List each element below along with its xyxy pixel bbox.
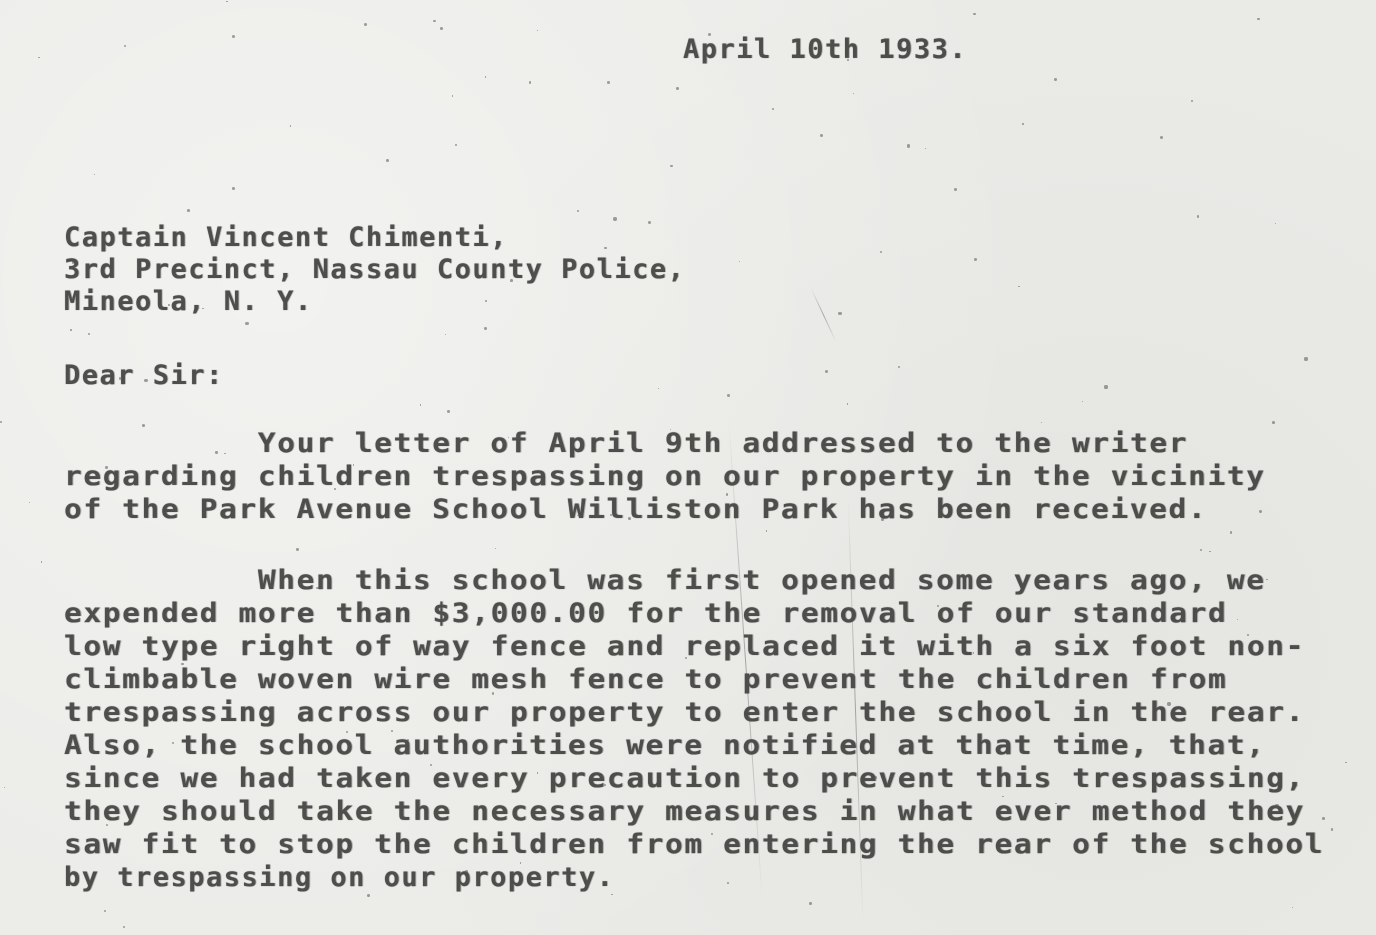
speck [628,517,631,520]
speck [648,221,651,224]
speck [144,379,147,382]
speck [1054,78,1057,81]
paragraph-line: regarding children trespassing on our pr… [64,461,1266,492]
speck [825,370,828,373]
speck [485,300,487,302]
speck [1272,421,1275,424]
speck [727,394,730,397]
speck [420,404,421,405]
speck [485,76,486,77]
speck [364,23,367,26]
speck [907,144,910,147]
paragraph-line: Also, the school authorities were notifi… [64,730,1266,761]
speck [0,421,2,423]
speck [202,308,203,309]
speck [510,279,513,282]
speck [847,403,849,405]
speck [168,304,170,306]
letter-date: April 10th 1933. [683,34,967,65]
speck [245,322,248,325]
speck [1266,579,1267,580]
paragraph-line: expended more than $3,000.00 for the rem… [64,598,1227,629]
speck [727,882,729,884]
paragraph-line: they should take the necessary measures … [64,796,1305,827]
speck [1041,422,1042,423]
speck [611,894,612,895]
speck [847,59,849,61]
speck [386,159,389,162]
speck [88,333,90,335]
speck [1230,531,1232,533]
speck [1104,385,1107,388]
speck [1257,18,1259,20]
speck [70,329,72,331]
speck [290,125,291,126]
speck [104,910,106,912]
speck [465,870,468,873]
speck [430,764,432,766]
speck [106,824,108,826]
speck [94,174,95,175]
speck [820,134,823,137]
speck [123,926,125,928]
paragraph-line: by trespassing on our property. [64,862,614,893]
speck [319,685,321,687]
recipient-name: Captain Vincent Chimenti, [64,222,508,254]
speck [1167,702,1170,705]
speck [739,261,740,262]
speck [520,862,521,863]
speck [685,657,687,659]
speck [711,833,713,835]
speck [1275,804,1278,807]
speck [1322,817,1325,820]
speck [296,548,298,550]
speck [1197,215,1200,218]
paragraph-line: climbable woven wire mesh fence to preve… [64,664,1227,695]
speck [407,739,409,741]
speck [1275,223,1276,224]
speck [809,902,812,905]
speck [1082,401,1083,402]
speck [577,210,579,212]
speck [1292,907,1293,908]
speck [484,327,487,330]
paper-crease [810,288,836,343]
speck [925,148,927,150]
speck [973,13,976,16]
speck [1237,619,1238,620]
speck [1160,136,1163,139]
speck [1209,551,1210,552]
speck [29,502,30,503]
speck [670,165,672,167]
paragraph-line: Your letter of April 9th addressed to th… [64,428,1188,459]
speck [215,451,217,453]
speck [898,366,900,368]
speck [508,437,509,438]
speck [232,35,235,38]
speck [1331,828,1333,830]
speck [346,731,348,733]
speck [72,261,74,263]
speck [604,247,606,249]
speck [853,93,854,94]
speck [495,548,496,549]
speck [954,188,957,191]
speck [447,410,450,413]
speck [334,488,336,490]
speck [537,30,539,32]
speck [452,95,453,96]
speck [226,1,227,2]
speck [838,312,841,315]
speck [433,20,435,22]
speck [529,81,532,84]
paragraph-line: saw fit to stop the children from enteri… [64,829,1324,860]
speck [1022,123,1024,125]
speck [105,466,108,469]
speck [232,187,235,190]
paragraph-line: trespassing across our property to enter… [64,697,1305,728]
speck [658,388,659,389]
speck [772,108,774,110]
speck [41,561,43,563]
speck [974,258,977,261]
paragraph-line: When this school was first opened some y… [64,565,1266,596]
speck [440,27,443,30]
salutation: Dear Sir: [64,360,224,391]
speck [1304,357,1307,360]
speck [38,57,40,59]
paragraph-line: since we had taken every precaution to p… [64,763,1305,794]
speck [613,217,616,220]
paragraph-line: of the Park Avenue School Williston Park… [64,494,1207,525]
speck [1345,762,1347,764]
speck [142,424,145,427]
speck [610,514,612,516]
speck [1055,803,1057,805]
speck [607,81,610,84]
speck [455,144,457,146]
recipient-city: Mineola, N. Y. [64,286,313,318]
speck [367,894,370,897]
speck [519,505,521,507]
speck [542,641,544,643]
speck [937,605,939,607]
speck [1191,100,1193,102]
speck [492,692,495,695]
speck [1200,549,1202,551]
letter-page: April 10th 1933. Captain Vincent Chiment… [0,0,1376,935]
speck [1018,286,1020,288]
speck [1259,510,1262,513]
speck [92,372,95,375]
speck [676,87,679,90]
speck [766,530,768,532]
speck [4,787,5,788]
speck [187,209,190,212]
speck [744,49,747,52]
recipient-department: 3rd Precinct, Nassau County Police, [64,254,685,286]
speck [445,334,446,335]
speck [124,45,126,47]
speck [1002,796,1003,797]
speck [253,615,255,617]
speck [880,251,883,254]
